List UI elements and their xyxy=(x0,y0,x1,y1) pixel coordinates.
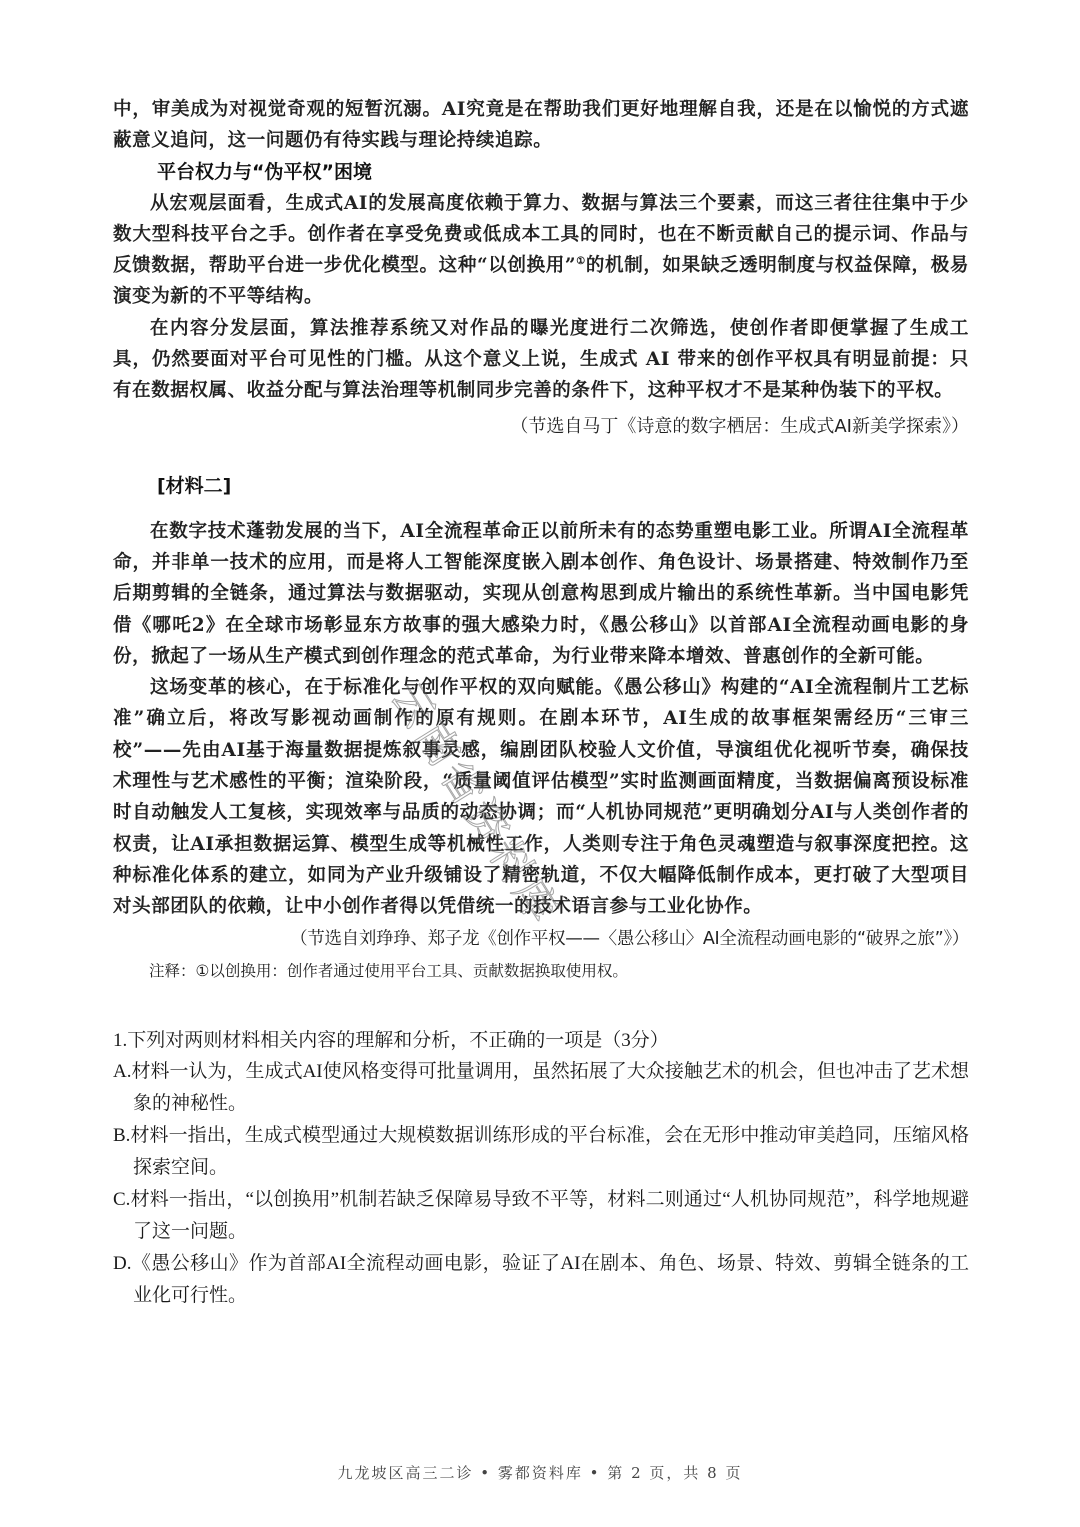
footnote-marker: ① xyxy=(576,256,586,267)
question-stem: 1.下列对两则材料相关内容的理解和分析，不正确的一项是（3分） xyxy=(113,1025,969,1056)
footnote: 注释：①以创换用：创作者通过使用平台工具、贡献数据换取使用权。 xyxy=(113,957,969,985)
material2-label: [材料二] xyxy=(113,471,969,498)
material1-paragraph: 在内容分发层面，算法推荐系统又对作品的曝光度进行二次筛选，使创作者即便掌握了生成… xyxy=(113,313,969,407)
page-footer: 九龙坡区高三二诊 • 雾都资料库 • 第 2 页，共 8 页 xyxy=(0,1462,1080,1483)
section-subheading: 平台权力与“伪平权”困境 xyxy=(113,157,969,188)
material2-paragraph: 在数字技术蓬勃发展的当下，AI全流程革命正以前所未有的态势重塑电影工业。所谓AI… xyxy=(113,516,969,672)
exam-page-content: 中，审美成为对视觉奇观的短暂沉溺。AI究竟是在帮助我们更好地理解自我，还是在以愉… xyxy=(113,94,969,1312)
question-1: 1.下列对两则材料相关内容的理解和分析，不正确的一项是（3分） A.材料一认为，… xyxy=(113,1025,969,1312)
option-b: B.材料一指出，生成式模型通过大规模数据训练形成的平台标准，会在无形中推动审美趋… xyxy=(113,1120,969,1184)
material1-source: （节选自马丁《诗意的数字栖居：生成式AI新美学探索》） xyxy=(113,411,969,443)
material2-paragraph: 这场变革的核心，在于标准化与创作平权的双向赋能。《愚公移山》构建的“AI全流程制… xyxy=(113,672,969,922)
material1-paragraph-end: 中，审美成为对视觉奇观的短暂沉溺。AI究竟是在帮助我们更好地理解自我，还是在以愉… xyxy=(113,94,969,157)
option-c: C.材料一指出，“以创换用”机制若缺乏保障易导致不平等，材料二则通过“人机协同规… xyxy=(113,1184,969,1248)
material2-source: （节选自刘琤琤、郑子龙《创作平权——〈愚公移山〉AI全流程动画电影的“破界之旅”… xyxy=(113,923,969,955)
option-d: D.《愚公移山》作为首部AI全流程动画电影，验证了AI在剧本、角色、场景、特效、… xyxy=(113,1248,969,1312)
option-a: A.材料一认为，生成式AI使风格变得可批量调用，虽然拓展了大众接触艺术的机会，但… xyxy=(113,1056,969,1120)
material1-paragraph: 从宏观层面看，生成式AI的发展高度依赖于算力、数据与算法三个要素，而这三者往往集… xyxy=(113,188,969,313)
